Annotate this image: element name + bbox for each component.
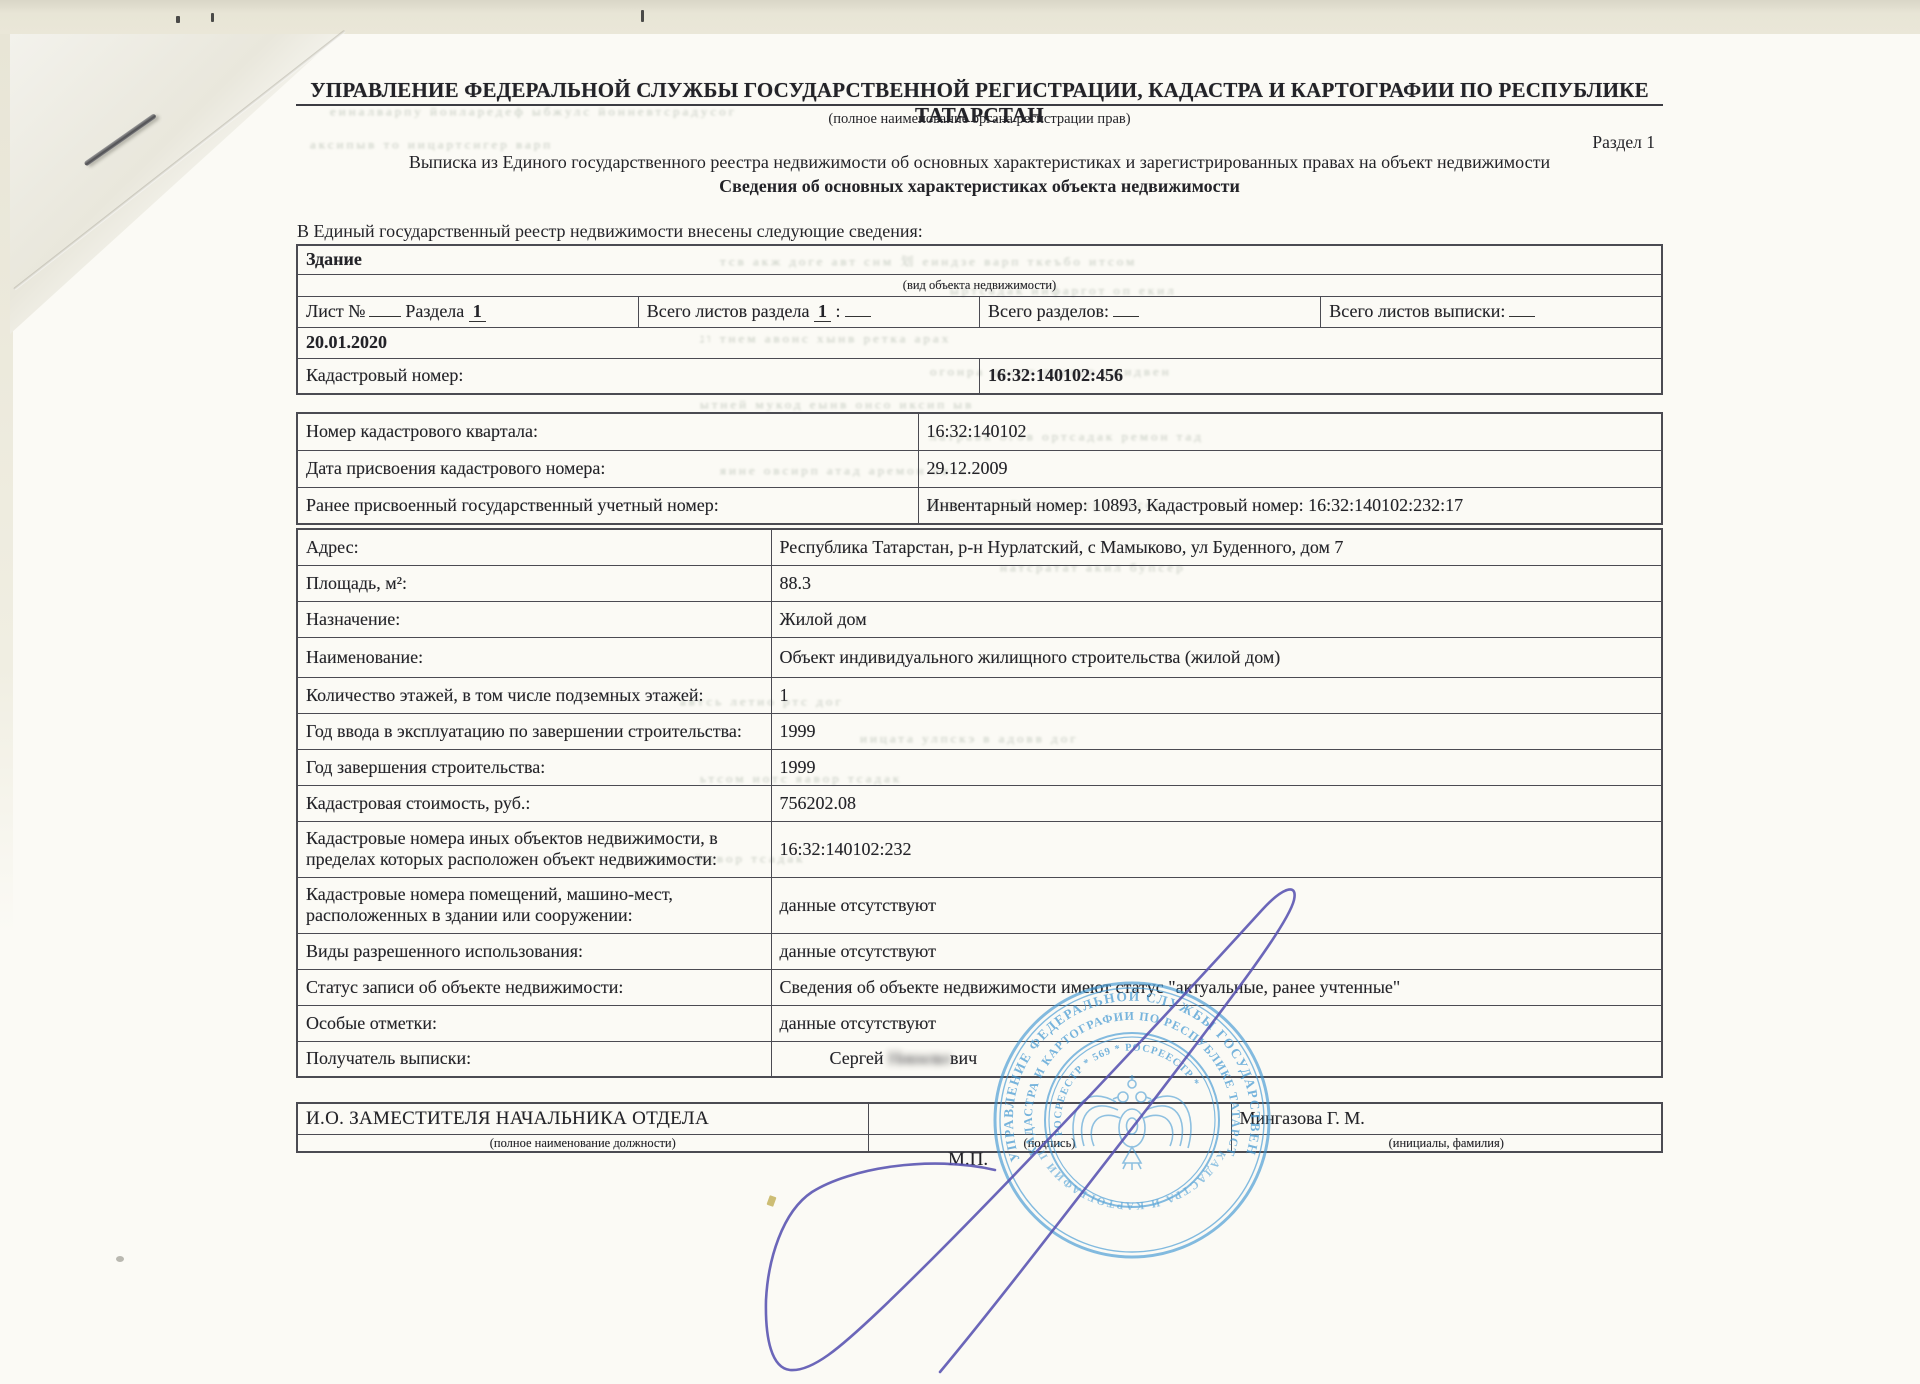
object-type-caption: (вид объекта недвижимости)	[297, 274, 1662, 296]
sheets-in-section-number: 1	[814, 301, 831, 322]
field-label: Количество этажей, в том числе подземных…	[297, 677, 771, 713]
scan-speck	[641, 10, 644, 22]
bleedthrough-illegible-text: ытней мукод еынв онсо иксип ыв	[700, 398, 1230, 413]
blank-line	[1509, 303, 1535, 317]
sheet-number-cell: Лист №Раздела 1	[297, 296, 638, 327]
field-value: 16:32:140102:456	[980, 358, 1663, 394]
field-value: 1	[771, 677, 1662, 713]
field-label: Кадастровый номер:	[297, 358, 980, 394]
field-value: Объект индивидуального жилищного строите…	[771, 637, 1662, 677]
field-value: 29.12.2009	[918, 450, 1662, 487]
authority-caption: (полное наименование органа регистрации …	[296, 111, 1663, 128]
field-value: 756202.08	[771, 785, 1662, 821]
document-subtitle: Сведения об основных характеристиках объ…	[296, 176, 1663, 197]
object-header-table: Здание (вид объекта недвижимости) Лист №…	[296, 244, 1663, 395]
handwritten-signature	[540, 860, 1340, 1384]
field-label: Площадь, м²:	[297, 565, 771, 601]
field-value: Жилой дом	[771, 601, 1662, 637]
field-label: Кадастровая стоимость, руб.:	[297, 785, 771, 821]
field-value: 88.3	[771, 565, 1662, 601]
scanner-background-strip	[0, 0, 1920, 34]
sheets-in-section-label: Всего листов раздела	[647, 301, 810, 321]
field-label: Дата присвоения кадастрового номера:	[297, 450, 918, 487]
field-value: 1999	[771, 749, 1662, 785]
scan-speck	[176, 16, 180, 23]
total-sections-cell: Всего разделов:	[980, 296, 1321, 327]
scan-speck	[211, 13, 214, 22]
paper-fold-corner	[10, 34, 340, 334]
colon: :	[836, 301, 841, 321]
field-label: Адрес:	[297, 529, 771, 565]
sheets-in-section-cell: Всего листов раздела 1 :	[638, 296, 979, 327]
scan-speck	[116, 1256, 124, 1262]
object-type: Здание	[297, 245, 1662, 274]
blank-line	[1113, 303, 1139, 317]
intro-line: В Единый государственный реестр недвижим…	[297, 221, 923, 242]
field-label: Назначение:	[297, 601, 771, 637]
extract-date: 20.01.2020	[297, 327, 1662, 358]
total-sheets-label: Всего листов выписки:	[1329, 301, 1505, 321]
header-underline	[296, 104, 1663, 106]
field-value: 1999	[771, 713, 1662, 749]
field-value: Инвентарный номер: 10893, Кадастровый но…	[918, 487, 1662, 524]
sheet-label: Лист №	[306, 301, 365, 321]
section-of-label: Раздела	[405, 301, 464, 321]
field-value: 16:32:140102	[918, 413, 1662, 450]
cadastral-quarter-table: Номер кадастрового квартала: 16:32:14010…	[296, 412, 1663, 525]
total-sections-label: Всего разделов:	[988, 301, 1109, 321]
field-label: Год завершения строительства:	[297, 749, 771, 785]
document-title: Выписка из Единого государственного реес…	[296, 152, 1663, 173]
blank-line	[845, 303, 871, 317]
blank-line	[369, 303, 401, 317]
total-sheets-cell: Всего листов выписки:	[1321, 296, 1662, 327]
section-label: Раздел 1	[296, 132, 1655, 153]
field-label: Год ввода в эксплуатацию по завершении с…	[297, 713, 771, 749]
field-label: Наименование:	[297, 637, 771, 677]
section-number: 1	[469, 301, 486, 322]
field-label: Ранее присвоенный государственный учетны…	[297, 487, 918, 524]
field-label: Номер кадастрового квартала:	[297, 413, 918, 450]
field-value: Республика Татарстан, р-н Нурлатский, с …	[771, 529, 1662, 565]
